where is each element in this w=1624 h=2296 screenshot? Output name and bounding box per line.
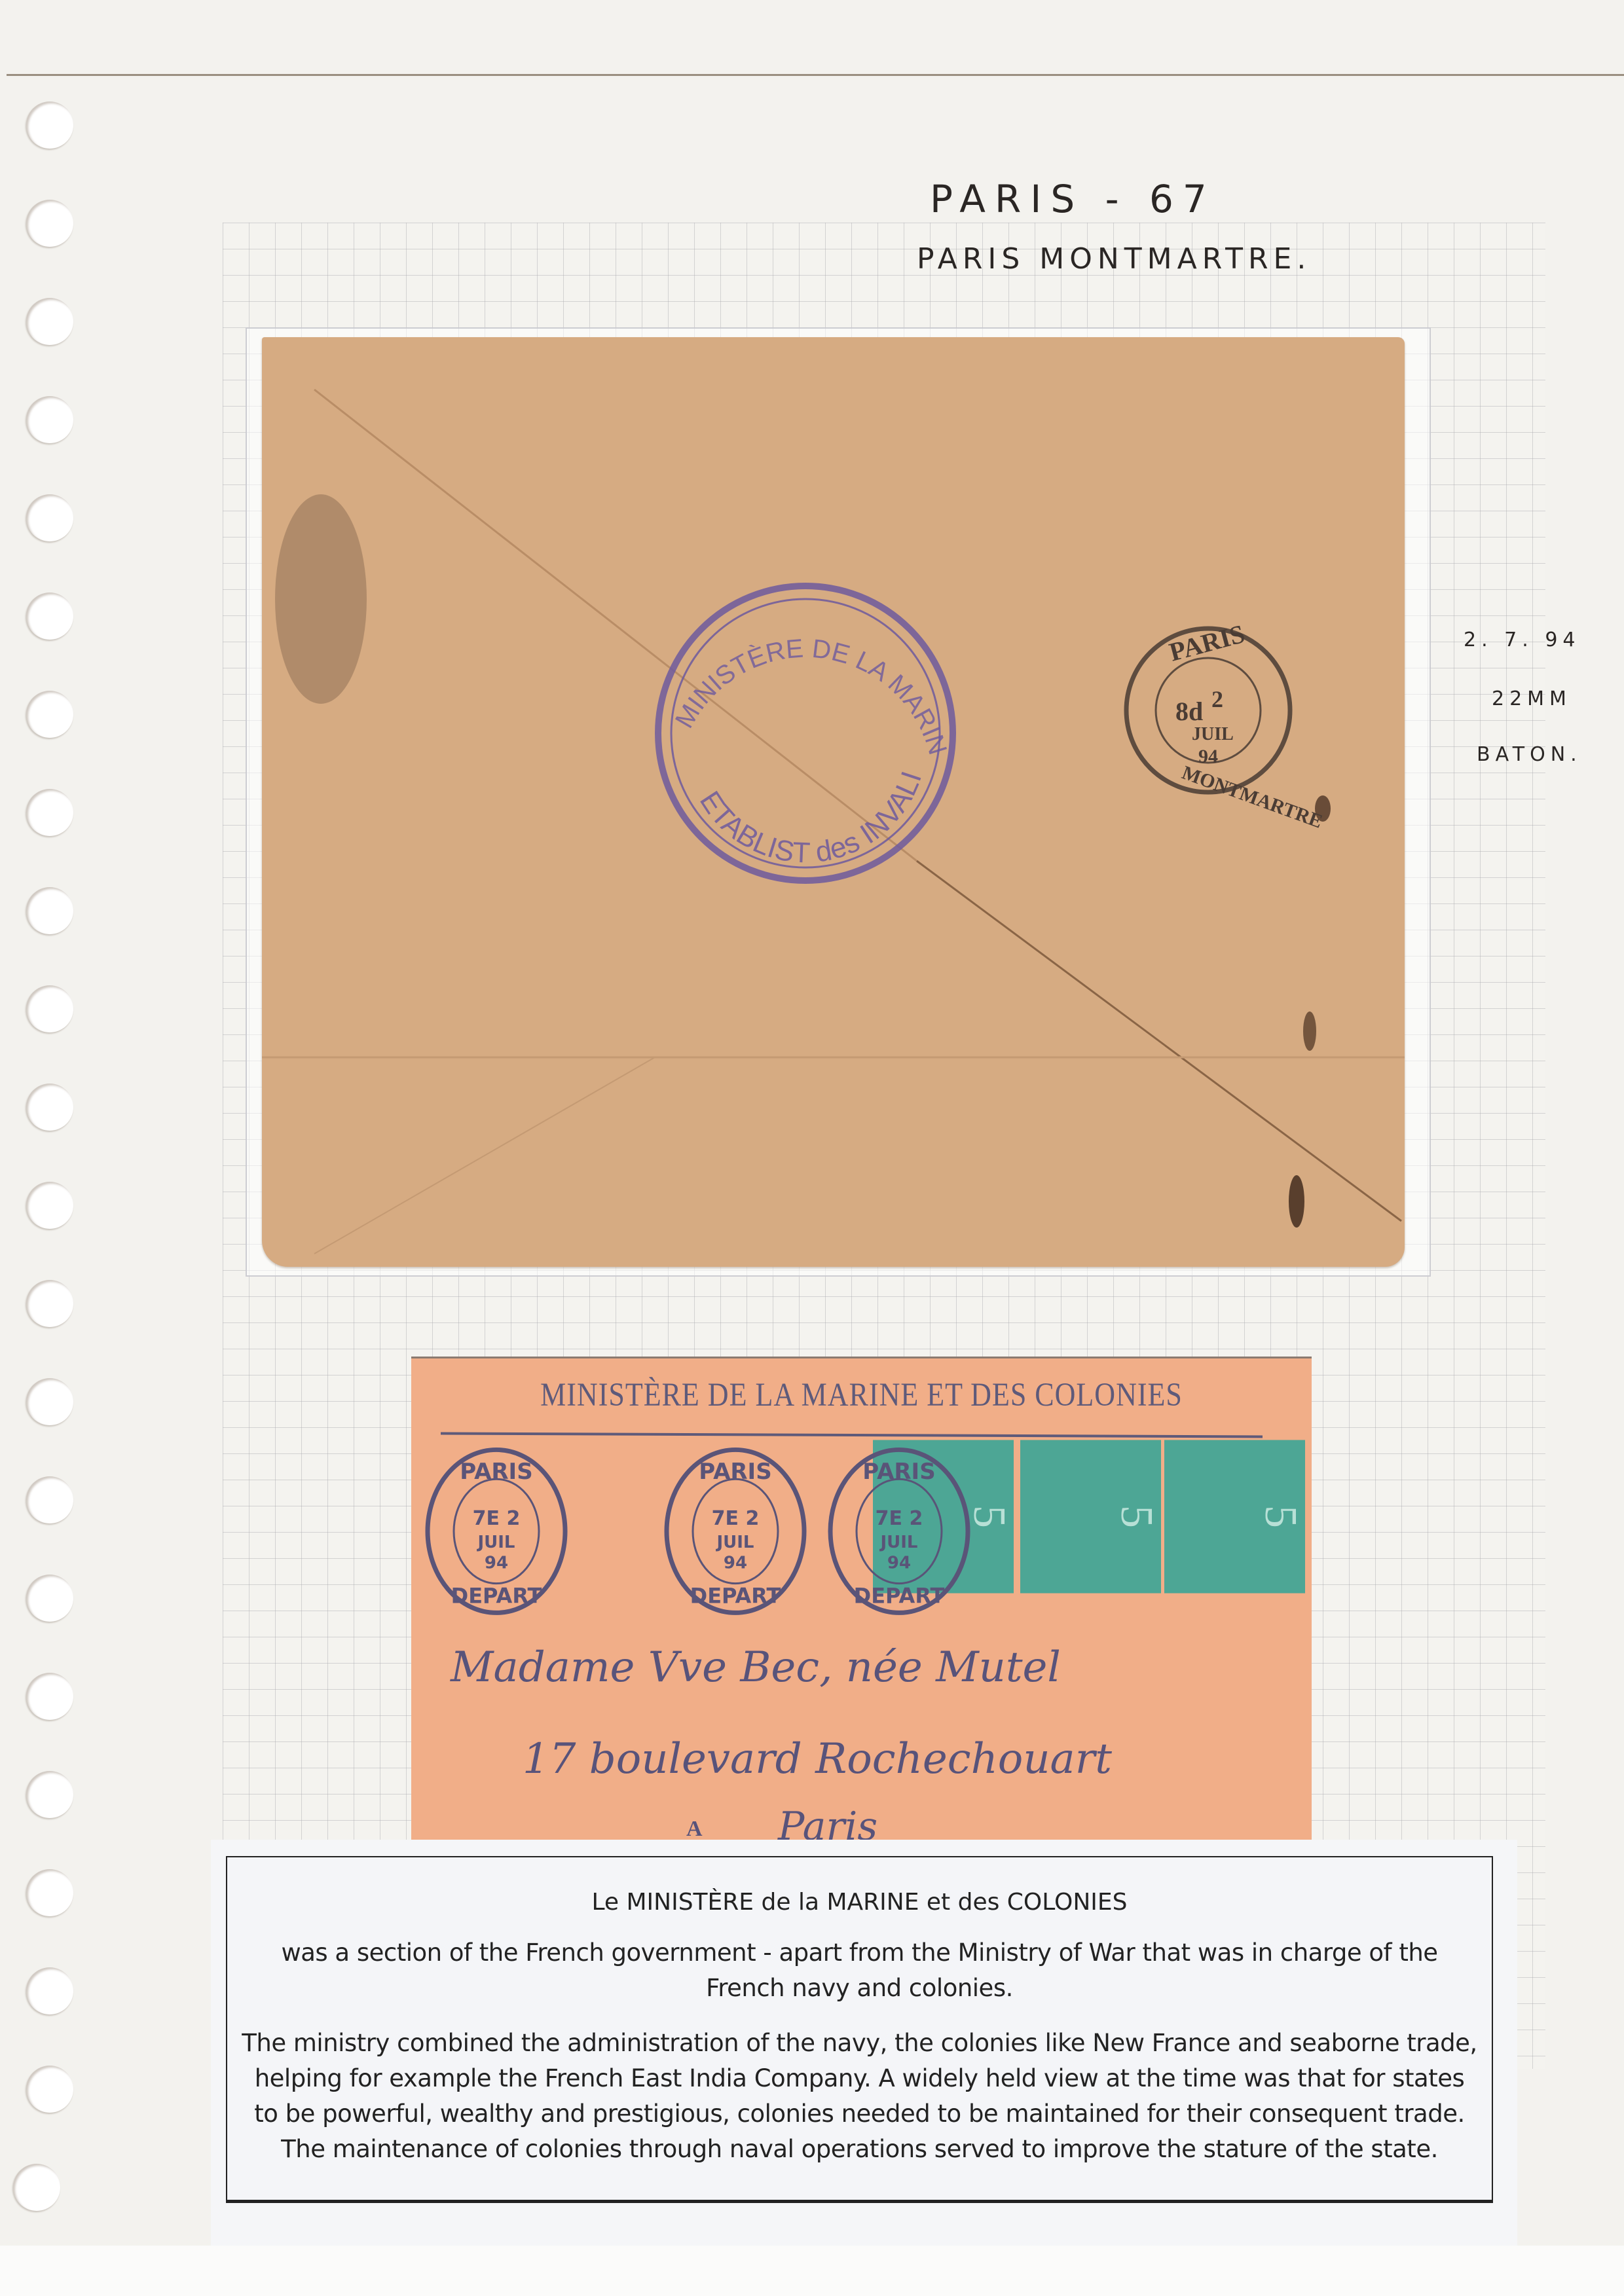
binder-hole (26, 592, 73, 640)
binder-hole (26, 1869, 73, 1916)
address-prefix: A (686, 1817, 703, 1841)
page-title: PARIS - 67 (930, 177, 1216, 221)
address-line-2: 17 boulevard Rochechouart (523, 1735, 1112, 1783)
svg-text:PARIS: PARIS (1166, 619, 1248, 667)
svg-text:7E 2: 7E 2 (473, 1507, 521, 1530)
svg-text:5: 5 (964, 1505, 1014, 1528)
binder-hole (26, 985, 73, 1032)
binder-hole (26, 1967, 73, 2014)
binder-hole (26, 1575, 73, 1622)
description-box: Le MINISTÈRE de la MARINE et des COLONIE… (226, 1856, 1493, 2203)
note-size: 22MM (1492, 687, 1572, 710)
description-paragraph-1: was a section of the French government -… (227, 1935, 1492, 2006)
envelope-front: MINISTÈRE DE LA MARINE ET DES COLONIES 5… (411, 1357, 1312, 1841)
svg-text:7E 2: 7E 2 (712, 1507, 760, 1530)
svg-text:94: 94 (724, 1554, 747, 1573)
svg-text:MONTMARTRE: MONTMARTRE (1179, 761, 1325, 832)
binder-hole (26, 1084, 73, 1131)
svg-text:JUIL: JUIL (715, 1533, 754, 1552)
svg-text:DEPART: DEPART (690, 1584, 781, 1609)
binder-hole (26, 1476, 73, 1523)
address-city: Paris (778, 1804, 877, 1841)
binder-hole (26, 691, 73, 738)
page-top-edge (7, 74, 1624, 76)
description-paragraph-2: The ministry combined the administration… (227, 2026, 1492, 2167)
note-date: 2. 7. 94 (1464, 629, 1581, 651)
binder-hole (26, 1182, 73, 1229)
binder-hole (26, 1673, 73, 1720)
svg-text:DEPART: DEPART (451, 1584, 542, 1609)
album-page: PARIS - 67 PARIS MONTMARTRE. 2. 7. 94 22… (0, 0, 1624, 2296)
binder-hole (26, 1771, 73, 1818)
svg-text:JUIL: JUIL (476, 1533, 515, 1552)
svg-text:DEPART: DEPART (854, 1584, 945, 1609)
binder-hole (26, 1280, 73, 1327)
note-type: BATON. (1477, 743, 1582, 766)
depart-postmark: PARIS7E 2JUIL94DEPART (667, 1449, 804, 1613)
svg-text:JUIL: JUIL (1192, 724, 1234, 744)
svg-text:JUIL: JUIL (879, 1533, 917, 1552)
svg-text:PARIS: PARIS (460, 1459, 532, 1485)
svg-text:PARIS: PARIS (699, 1459, 771, 1485)
svg-text:94: 94 (887, 1554, 911, 1573)
description-title: Le MINISTÈRE de la MARINE et des COLONIE… (227, 1889, 1492, 1916)
svg-text:MINISTÈRE DE LA MARINE: MINISTÈRE DE LA MARINE (262, 337, 952, 758)
svg-text:8d: 8d (1175, 697, 1203, 726)
svg-text:2: 2 (1211, 686, 1223, 712)
svg-text:94: 94 (1198, 746, 1218, 767)
page-subtitle: PARIS MONTMARTRE. (917, 242, 1311, 276)
binder-hole (26, 494, 73, 541)
envelope-back: MINISTÈRE DE LA MARINE ETABLIST des INVA… (262, 337, 1405, 1267)
svg-text:94: 94 (485, 1554, 508, 1573)
address-line-1: Madame Vve Bec, née Mutel (451, 1643, 1061, 1692)
svg-text:PARIS: PARIS (862, 1459, 935, 1485)
svg-text:5: 5 (1111, 1505, 1162, 1528)
binder-hole (13, 2164, 60, 2211)
svg-text:7E 2: 7E 2 (876, 1507, 923, 1530)
binder-hole (26, 2066, 73, 2113)
binder-hole (26, 887, 73, 934)
binder-hole (26, 200, 73, 247)
binder-hole (26, 1378, 73, 1425)
binder-hole (26, 101, 73, 149)
ministry-cachet (658, 586, 953, 881)
depart-postmark: PARIS7E 2JUIL94DEPART (428, 1449, 565, 1613)
binder-hole (26, 396, 73, 443)
envelope-back-art: MINISTÈRE DE LA MARINE ETABLIST des INVA… (262, 337, 1405, 1267)
binder-hole (26, 789, 73, 836)
page-bottom-strip (0, 2246, 1624, 2296)
binder-hole (26, 298, 73, 345)
svg-text:5: 5 (1255, 1505, 1306, 1528)
